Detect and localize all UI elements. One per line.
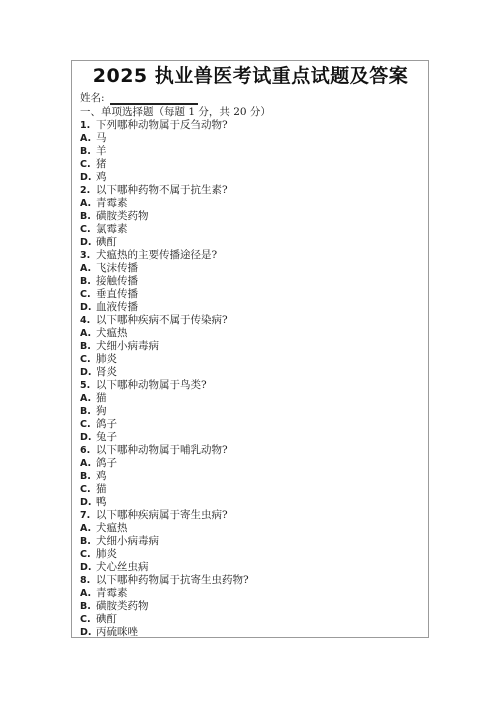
option-line: D.犬心丝虫病 (80, 561, 421, 574)
line-marker: C. (80, 418, 96, 431)
line-marker: A. (80, 587, 96, 600)
line-marker: D. (80, 236, 96, 249)
option-line: D.丙硫咪唑 (80, 626, 421, 638)
line-marker: B. (80, 145, 96, 158)
line-marker: 6. (80, 444, 96, 457)
name-line: 姓名: (80, 90, 421, 105)
question-line: 5.以下哪种动物属于鸟类? (80, 379, 421, 392)
line-text: 鸽子 (96, 418, 117, 431)
option-line: D.肾炎 (80, 366, 421, 379)
line-text: 以下哪种疾病不属于传染病? (96, 314, 228, 327)
line-marker: D. (80, 431, 96, 444)
option-line: C.氯霉素 (80, 223, 421, 236)
option-line: B.磺胺类药物 (80, 210, 421, 223)
line-text: 以下哪种动物属于哺乳动物? (96, 444, 228, 457)
option-line: B.犬细小病毒病 (80, 535, 421, 548)
line-text: 犬细小病毒病 (96, 340, 159, 353)
name-blank-underline (110, 92, 198, 105)
option-line: D.血液传播 (80, 301, 421, 314)
line-text: 鸭 (96, 496, 107, 509)
line-text: 羊 (96, 145, 107, 158)
line-text: 猪 (96, 158, 107, 171)
line-text: 马 (96, 132, 107, 145)
line-marker: B. (80, 340, 96, 353)
line-text: 犬细小病毒病 (96, 535, 159, 548)
line-text: 猫 (96, 392, 107, 405)
line-marker: D. (80, 366, 96, 379)
line-text: 碘酊 (96, 613, 117, 626)
question-line: 4.以下哪种疾病不属于传染病? (80, 314, 421, 327)
line-marker: D. (80, 626, 96, 638)
line-marker: A. (80, 197, 96, 210)
line-marker: D. (80, 496, 96, 509)
line-text: 肺炎 (96, 353, 117, 366)
line-text: 以下哪种疾病属于寄生虫病? (96, 509, 228, 522)
option-line: D.碘酊 (80, 236, 421, 249)
option-line: B.磺胺类药物 (80, 600, 421, 613)
line-text: 狗 (96, 405, 107, 418)
line-marker: C. (80, 548, 96, 561)
line-text: 犬瘟热 (96, 327, 128, 340)
option-line: C.猪 (80, 158, 421, 171)
question-line: 7.以下哪种疾病属于寄生虫病? (80, 509, 421, 522)
question-line: 8.以下哪种药物属于抗寄生虫药物? (80, 574, 421, 587)
exam-paper-sheet: 2025 执业兽医考试重点试题及答案 姓名: 一、单项选择题（每题 1 分，共 … (71, 60, 429, 638)
line-text: 鸡 (96, 470, 107, 483)
line-marker: C. (80, 158, 96, 171)
line-marker: C. (80, 353, 96, 366)
line-text: 飞沫传播 (96, 262, 138, 275)
option-line: D.鸭 (80, 496, 421, 509)
line-marker: 4. (80, 314, 96, 327)
line-marker: C. (80, 613, 96, 626)
line-text: 犬瘟热的主要传播途径是? (96, 249, 217, 262)
line-text: 兔子 (96, 431, 117, 444)
line-text: 犬瘟热 (96, 522, 128, 535)
option-line: C.肺炎 (80, 353, 421, 366)
option-line: B.接触传播 (80, 275, 421, 288)
question-line: 3.犬瘟热的主要传播途径是? (80, 249, 421, 262)
line-text: 丙硫咪唑 (96, 626, 138, 638)
line-marker: A. (80, 327, 96, 340)
option-line: A.鸽子 (80, 457, 421, 470)
option-line: A.猫 (80, 392, 421, 405)
line-text: 氯霉素 (96, 223, 128, 236)
line-text: 磺胺类药物 (96, 600, 149, 613)
line-marker: B. (80, 275, 96, 288)
line-marker: 5. (80, 379, 96, 392)
line-text: 碘酊 (96, 236, 117, 249)
line-marker: B. (80, 600, 96, 613)
line-text: 肾炎 (96, 366, 117, 379)
option-line: B.鸡 (80, 470, 421, 483)
line-marker: A. (80, 522, 96, 535)
line-marker: 2. (80, 184, 96, 197)
question-line: 6.以下哪种动物属于哺乳动物? (80, 444, 421, 457)
option-line: B.羊 (80, 145, 421, 158)
line-marker: C. (80, 223, 96, 236)
question-line: 1.下列哪种动物属于反刍动物? (80, 119, 421, 132)
line-marker: 8. (80, 574, 96, 587)
line-text: 肺炎 (96, 548, 117, 561)
option-line: D.鸡 (80, 171, 421, 184)
line-marker: A. (80, 262, 96, 275)
question-line: 2.以下哪种药物不属于抗生素? (80, 184, 421, 197)
option-line: B.犬细小病毒病 (80, 340, 421, 353)
line-marker: A. (80, 457, 96, 470)
line-marker: A. (80, 392, 96, 405)
line-marker: D. (80, 171, 96, 184)
line-text: 犬心丝虫病 (96, 561, 149, 574)
line-marker: D. (80, 561, 96, 574)
line-text: 磺胺类药物 (96, 210, 149, 223)
question-list: 1.下列哪种动物属于反刍动物?A.马B.羊C.猪D.鸡2.以下哪种药物不属于抗生… (80, 119, 421, 638)
option-line: B.狗 (80, 405, 421, 418)
line-text: 以下哪种药物不属于抗生素? (96, 184, 228, 197)
option-line: A.飞沫传播 (80, 262, 421, 275)
name-label: 姓名: (80, 92, 105, 105)
line-marker: D. (80, 301, 96, 314)
line-marker: 1. (80, 119, 96, 132)
line-marker: C. (80, 483, 96, 496)
option-line: A.犬瘟热 (80, 327, 421, 340)
document-title: 2025 执业兽医考试重点试题及答案 (80, 64, 421, 90)
line-marker: 3. (80, 249, 96, 262)
option-line: C.猫 (80, 483, 421, 496)
option-line: A.犬瘟热 (80, 522, 421, 535)
option-line: C.碘酊 (80, 613, 421, 626)
line-text: 接触传播 (96, 275, 138, 288)
line-text: 猫 (96, 483, 107, 496)
option-line: C.鸽子 (80, 418, 421, 431)
line-text: 青霉素 (96, 197, 128, 210)
line-text: 以下哪种药物属于抗寄生虫药物? (96, 574, 249, 587)
section-heading: 一、单项选择题（每题 1 分，共 20 分） (80, 106, 421, 119)
option-line: A.青霉素 (80, 587, 421, 600)
page-background: { "doc": { "title": "2025 执业兽医考试重点试题及答案"… (0, 0, 500, 707)
option-line: A.青霉素 (80, 197, 421, 210)
option-line: C.肺炎 (80, 548, 421, 561)
line-text: 以下哪种动物属于鸟类? (96, 379, 207, 392)
line-marker: 7. (80, 509, 96, 522)
line-text: 下列哪种动物属于反刍动物? (96, 119, 228, 132)
option-line: C.垂直传播 (80, 288, 421, 301)
line-marker: B. (80, 535, 96, 548)
line-text: 血液传播 (96, 301, 138, 314)
option-line: A.马 (80, 132, 421, 145)
line-marker: A. (80, 132, 96, 145)
option-line: D.兔子 (80, 431, 421, 444)
line-marker: B. (80, 405, 96, 418)
line-text: 鸡 (96, 171, 107, 184)
line-marker: B. (80, 470, 96, 483)
line-marker: C. (80, 288, 96, 301)
line-text: 垂直传播 (96, 288, 138, 301)
line-text: 鸽子 (96, 457, 117, 470)
line-marker: B. (80, 210, 96, 223)
line-text: 青霉素 (96, 587, 128, 600)
